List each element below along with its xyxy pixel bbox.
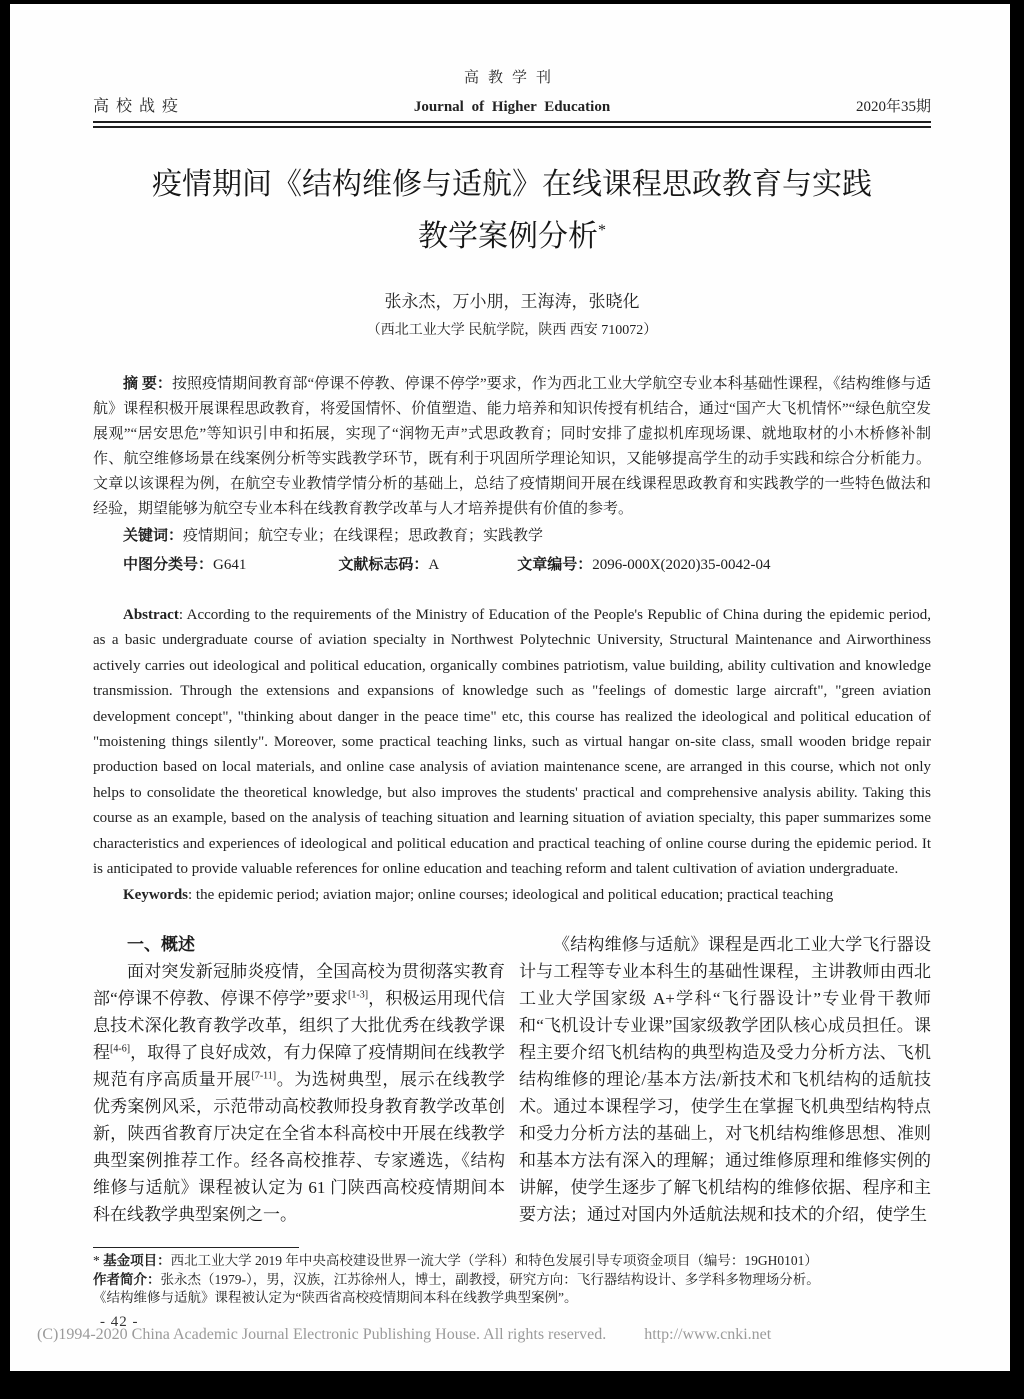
abstract-en-text: According to the requirements of the Min… (93, 607, 931, 877)
journal-title-cn: 高教学刊 (93, 66, 931, 87)
authors-line: 张永杰，万小朋，王海涛，张晓化 (93, 290, 931, 314)
keywords-cn: 关键词：疫情期间；航空专业；在线课程；思政教育；实践教学 (93, 524, 931, 549)
keywords-en-colon: : (188, 887, 196, 903)
affiliation-line: （西北工业大学 民航学院，陕西 西安 710072） (93, 321, 931, 341)
abstract-cn-label: 摘 要： (123, 376, 172, 392)
keywords-en: Keywords: the epidemic period; aviation … (93, 883, 931, 908)
copyright-url: http://www.cnki.net (644, 1326, 771, 1343)
article-title: 疫情期间《结构维修与适航》在线课程思政教育与实践 教学案例分析* (93, 162, 931, 260)
left-column: 一、概述 面对突发新冠肺炎疫情，全国高校为贯彻落实教育部“停课不停教、停课不停学… (93, 931, 505, 1228)
doc-code: A (428, 557, 439, 573)
footnote-bio-label: 作者简介： (93, 1272, 161, 1287)
footnote-fund: * 基金项目：西北工业大学 2019 年中央高校建设世界一流大学（学科）和特色发… (93, 1252, 931, 1271)
abstract-en: Abstract: According to the requirements … (93, 603, 931, 882)
page-header: 高教学刊 高校战疫 Journal of Higher Education 20… (93, 4, 931, 122)
title-footnote-mark: * (598, 222, 606, 239)
article-title-line2: 教学案例分析 (418, 220, 598, 253)
clc-number: G641 (213, 557, 246, 573)
keywords-cn-label: 关键词： (123, 528, 183, 544)
right-column-paragraph: 《结构维修与适航》课程是西北工业大学飞行器设计与工程等专业本科生的基础性课程，主… (519, 931, 931, 1228)
issue-number: 2020年35期 (856, 95, 931, 116)
footnote-marker: * (93, 1253, 103, 1268)
footnote-fund-label: 基金项目： (103, 1253, 171, 1268)
article-id-label: 文章编号： (517, 557, 592, 573)
doc-code-label: 文献标志码： (338, 557, 428, 573)
footnote-author-bio: 作者简介：张永杰（1979-），男，汉族，江苏徐州人，博士，副教授，研究方向：飞… (93, 1271, 931, 1290)
footnote-bio-text: 张永杰（1979-），男，汉族，江苏徐州人，博士，副教授，研究方向：飞行器结构设… (161, 1272, 820, 1287)
footnote-note: 《结构维修与适航》课程被认定为“陕西省高校疫情期间本科在线教学典型案例”。 (93, 1289, 931, 1308)
copyright-text: (C)1994-2020 China Academic Journal Elec… (37, 1326, 606, 1343)
abstract-cn: 摘 要：按照疫情期间教育部“停课不停教、停课不停学”要求，作为西北工业大学航空专… (93, 372, 931, 522)
abstract-cn-text: 按照疫情期间教育部“停课不停教、停课不停学”要求，作为西北工业大学航空专业本科基… (93, 376, 931, 517)
footnote-rule (93, 1247, 299, 1248)
keywords-en-text: the epidemic period; aviation major; onl… (196, 887, 833, 903)
abstract-en-label: Abstract (123, 607, 179, 623)
scanned-journal-page: 高教学刊 高校战疫 Journal of Higher Education 20… (10, 4, 1010, 1371)
article-title-line1: 疫情期间《结构维修与适航》在线课程思政教育与实践 (152, 168, 872, 201)
abstract-en-colon: : (179, 607, 187, 623)
clc-label: 中图分类号： (123, 557, 213, 573)
header-double-rule (93, 121, 931, 128)
left-column-paragraph: 面对突发新冠肺炎疫情，全国高校为贯彻落实教育部“停课不停教、停课不停学”要求[1… (93, 958, 505, 1228)
keywords-en-label: Keywords (123, 887, 188, 903)
article-id: 2096-000X(2020)35-0042-04 (592, 557, 770, 573)
two-column-body: 一、概述 面对突发新冠肺炎疫情，全国高校为贯彻落实教育部“停课不停教、停课不停学… (93, 931, 931, 1228)
copyright-line: (C)1994-2020 China Academic Journal Elec… (37, 1326, 897, 1344)
classification-line: 中图分类号：G641文献标志码：A文章编号：2096-000X(2020)35-… (93, 553, 931, 578)
footnote-note-text: 《结构维修与适航》课程被认定为“陕西省高校疫情期间本科在线教学典型案例”。 (93, 1290, 577, 1305)
footnote-block: * 基金项目：西北工业大学 2019 年中央高校建设世界一流大学（学科）和特色发… (93, 1247, 931, 1308)
section-heading-1: 一、概述 (93, 931, 505, 958)
right-column: 《结构维修与适航》课程是西北工业大学飞行器设计与工程等专业本科生的基础性课程，主… (519, 931, 931, 1228)
journal-title-en: Journal of Higher Education (93, 99, 931, 116)
footnote-fund-text: 西北工业大学 2019 年中央高校建设世界一流大学（学科）和特色发展引导专项资金… (171, 1253, 818, 1268)
keywords-cn-text: 疫情期间；航空专业；在线课程；思政教育；实践教学 (183, 528, 543, 544)
